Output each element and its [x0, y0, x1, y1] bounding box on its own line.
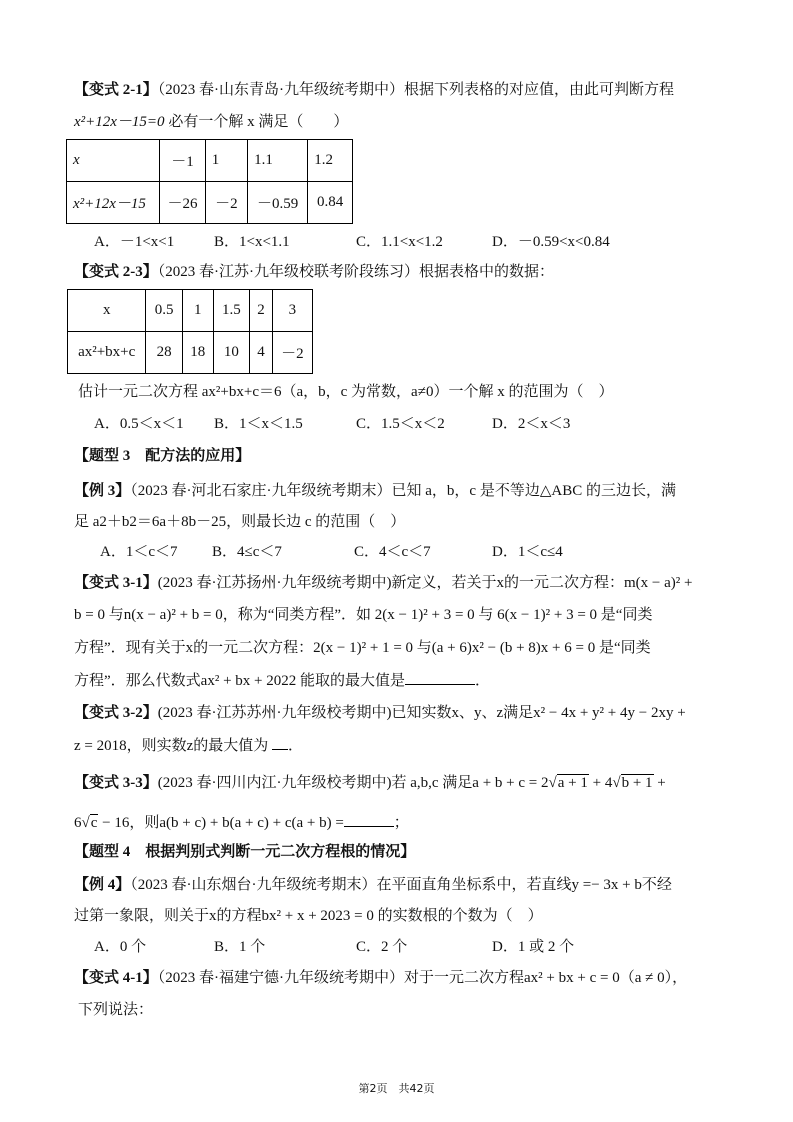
option-a: A．－1<x<1 — [94, 232, 174, 252]
ex3-line1: 【例 3】（2023 春·河北石家庄·九年级统考期末）已知 a，b，c 是不等边… — [74, 481, 676, 501]
ex4-text: 在平面直角坐标系中，若直线y =− 3x + b不经 — [377, 877, 672, 893]
sqrt-symbol: √ — [82, 815, 90, 831]
option-d: D．－0.59<x<0.84 — [492, 232, 610, 252]
table-cell: 18 — [182, 332, 213, 374]
table-cell: 1.2 — [308, 140, 353, 182]
option-b: B．1<x<1.1 — [214, 232, 290, 252]
page-number: 第2页 共42页 — [0, 1080, 793, 1096]
q4-1-line2: 下列说法： — [78, 1000, 153, 1020]
q3-3-line2: 6√c − 16，则a(b + c) + b(a + c) + c(a + b)… — [74, 812, 409, 833]
table-cell: 1.1 — [248, 140, 308, 182]
option-b: B．1＜x＜1.5 — [214, 414, 303, 434]
table-cell: x — [68, 290, 146, 332]
option-a: A．0.5＜x＜1 — [94, 414, 184, 434]
option-b: B．1 个 — [214, 937, 265, 957]
table-cell: －26 — [160, 182, 205, 224]
q3-1-line2: b = 0 与n(x − a)² + b = 0，称为“同类方程”．如 2(x … — [74, 605, 652, 625]
q3-2-tag: 【变式 3-2】 — [74, 705, 158, 721]
q3-1-tag: 【变式 3-1】 — [74, 575, 158, 591]
q2-1-line1: 【变式 2-1】（2023 春·山东青岛·九年级统考期中）根据下列表格的对应值，… — [74, 80, 674, 100]
q4-1-source: （2023 春·福建宁德·九年级统考期中） — [158, 970, 404, 986]
q2-1-tag: 【变式 2-1】 — [74, 82, 158, 98]
table-cell: 0.5 — [146, 290, 183, 332]
q3-3-line1: 【变式 3-3】(2023 春·四川内江·九年级校考期中)若 a,b,c 满足a… — [74, 773, 666, 793]
table-cell: －0.59 — [248, 182, 308, 224]
q2-3-tag: 【变式 2-3】 — [74, 264, 158, 280]
q3-2-source: (2023 春·江苏苏州·九年级校考期中) — [158, 705, 392, 721]
sqrt-radicand: a + 1 — [557, 774, 589, 791]
option-b: B．4≤c＜7 — [212, 542, 282, 562]
q3-1-source: (2023 春·江苏扬州·九年级统考期中) — [158, 575, 392, 591]
q3-1-line3: 方程”．现有关于x的一元二次方程：2(x − 1)² + 1 = 0 与(a +… — [74, 638, 651, 658]
q2-3-line1: 【变式 2-3】（2023 春·江苏·九年级校联考阶段练习）根据表格中的数据： — [74, 262, 554, 282]
ex4-line1: 【例 4】（2023 春·山东烟台·九年级统考期末）在平面直角坐标系中，若直线y… — [74, 875, 672, 895]
q2-3-stem: 估计一元二次方程 ax²+bx+c＝6（a，b，c 为常数，a≠0）一个解 x … — [78, 382, 613, 402]
q3-3-text: − 16，则a(b + c) + b(a + c) + c(a + b) = — [98, 815, 343, 831]
section-4-title: 【题型 4 根据判别式判断一元二次方程根的情况】 — [74, 842, 415, 862]
q2-1-line2: x²+12x－15=0 必有一个解 x 满足（ ） — [74, 112, 348, 132]
punctuation: ． — [475, 673, 490, 689]
table-cell: 4 — [250, 332, 273, 374]
q3-2-text: z = 2018，则实数z的最大值为 — [74, 738, 268, 754]
table-cell: 0.84 — [308, 182, 353, 224]
q2-3-table: x 0.5 1 1.5 2 3 ax²+bx+c 28 18 10 4 －2 — [67, 289, 313, 374]
table-row: x 0.5 1 1.5 2 3 — [68, 290, 313, 332]
answer-blank[interactable] — [272, 735, 288, 750]
table-cell: x — [67, 140, 160, 182]
table-cell: ax²+bx+c — [68, 332, 146, 374]
answer-blank[interactable] — [405, 670, 475, 685]
ex4-source: （2023 春·山东烟台·九年级统考期末） — [130, 877, 376, 893]
option-c: C．4＜c＜7 — [354, 542, 431, 562]
table-cell: 3 — [272, 290, 312, 332]
answer-blank[interactable] — [344, 812, 394, 827]
option-a: A．1＜c＜7 — [100, 542, 178, 562]
q2-3-source: （2023 春·江苏·九年级校联考阶段练习） — [158, 264, 419, 280]
ex4-line2: 过第一象限，则关于x的方程bx² + x + 2023 = 0 的实数根的个数为… — [74, 906, 543, 926]
q3-1-text: 方程”．那么代数式ax² + bx + 2022 能取的最大值是 — [74, 673, 405, 689]
q3-3-text: 若 a,b,c 满足a + b + c = 2 — [391, 775, 548, 791]
table-row: x －1 1 1.1 1.2 — [67, 140, 353, 182]
table-cell: 1.5 — [213, 290, 250, 332]
table-cell: 1 — [182, 290, 213, 332]
q2-1-equation: x²+12x－15=0 — [74, 114, 165, 130]
option-d: D．1 或 2 个 — [492, 937, 574, 957]
table-cell: 1 — [205, 140, 247, 182]
table-cell: 28 — [146, 332, 183, 374]
section-3-title: 【题型 3 配方法的应用】 — [74, 446, 250, 466]
q2-1-question: 必有一个解 x 满足（ ） — [165, 114, 349, 130]
punctuation: ； — [394, 815, 409, 831]
punctuation: ． — [288, 738, 303, 754]
q3-2-line2: z = 2018，则实数z的最大值为 ． — [74, 735, 303, 756]
q3-1-line4: 方程”．那么代数式ax² + bx + 2022 能取的最大值是． — [74, 670, 490, 691]
q3-2-text: 已知实数x、y、z满足x² − 4x + y² + 4y − 2xy + — [391, 705, 685, 721]
option-c: C．2 个 — [356, 937, 407, 957]
q3-1-line1: 【变式 3-1】(2023 春·江苏扬州·九年级统考期中)新定义，若关于x的一元… — [74, 573, 692, 593]
option-a: A．0 个 — [94, 937, 146, 957]
option-c: C．1.5＜x＜2 — [356, 414, 445, 434]
ex4-tag: 【例 4】 — [74, 877, 130, 893]
q2-1-table: x －1 1 1.1 1.2 x²+12x－15 －26 －2 －0.59 0.… — [66, 139, 353, 224]
ex3-line2: 足 a2＋b2＝6a＋8b－25，则最长边 c 的范围（ ） — [74, 512, 405, 532]
sqrt-symbol: √ — [612, 775, 620, 791]
math-text: + — [654, 775, 666, 791]
option-d: D．2＜x＜3 — [492, 414, 570, 434]
table-row: ax²+bx+c 28 18 10 4 －2 — [68, 332, 313, 374]
table-cell: －2 — [205, 182, 247, 224]
ex3-source: （2023 春·河北石家庄·九年级统考期末） — [130, 483, 391, 499]
option-c: C．1.1<x<1.2 — [356, 232, 443, 252]
q3-1-text: 新定义，若关于x的一元二次方程：m(x − a)² + — [391, 575, 692, 591]
math-text: 6 — [74, 815, 82, 831]
q4-1-line1: 【变式 4-1】（2023 春·福建宁德·九年级统考期中）对于一元二次方程ax²… — [74, 968, 687, 988]
sqrt-radicand: b + 1 — [621, 774, 654, 791]
q2-1-source: （2023 春·山东青岛·九年级统考期中） — [158, 82, 404, 98]
math-text: + 4 — [589, 775, 612, 791]
q2-3-text: 根据表格中的数据： — [419, 264, 554, 280]
table-row: x²+12x－15 －26 －2 －0.59 0.84 — [67, 182, 353, 224]
q4-1-text: 对于一元二次方程ax² + bx + c = 0（a ≠ 0）， — [404, 970, 687, 986]
table-cell: －1 — [160, 140, 205, 182]
q3-2-line1: 【变式 3-2】(2023 春·江苏苏州·九年级校考期中)已知实数x、y、z满足… — [74, 703, 686, 723]
sqrt-symbol: √ — [549, 775, 557, 791]
q3-3-tag: 【变式 3-3】 — [74, 775, 158, 791]
table-cell: 2 — [250, 290, 273, 332]
option-d: D．1＜c≤4 — [492, 542, 563, 562]
ex3-tag: 【例 3】 — [74, 483, 130, 499]
q4-1-tag: 【变式 4-1】 — [74, 970, 158, 986]
table-cell: －2 — [272, 332, 312, 374]
q2-1-text: 根据下列表格的对应值，由此可判断方程 — [404, 82, 674, 98]
q3-3-source: (2023 春·四川内江·九年级校考期中) — [158, 775, 392, 791]
table-cell: x²+12x－15 — [67, 182, 160, 224]
table-cell: 10 — [213, 332, 250, 374]
ex3-text: 已知 a，b，c 是不等边△ABC 的三边长，满 — [392, 483, 676, 499]
